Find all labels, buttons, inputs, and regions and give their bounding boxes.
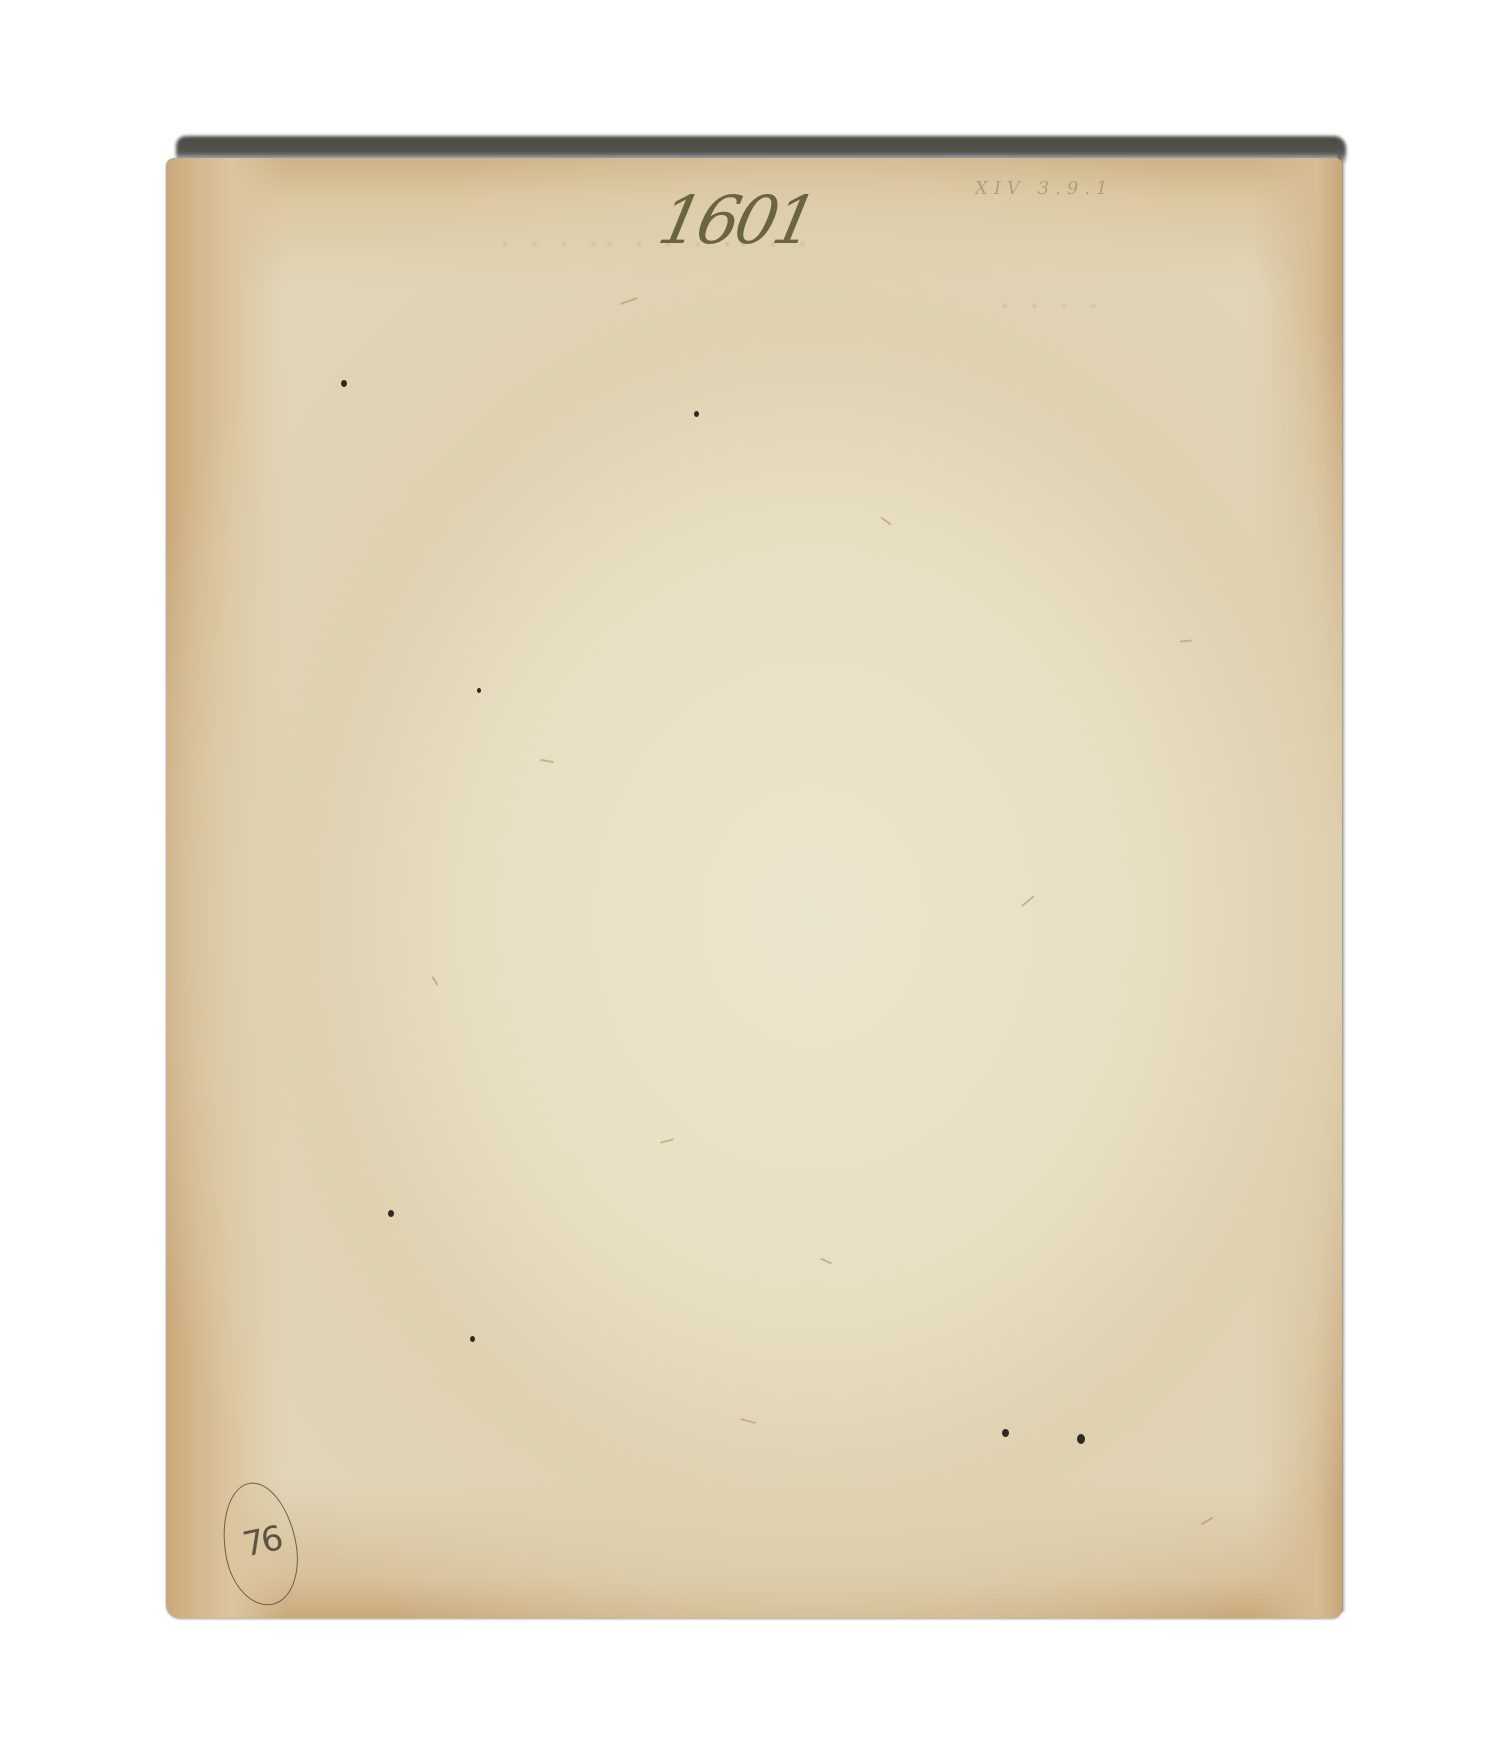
bleed-through-text: · · · · <box>1000 290 1104 324</box>
foxing-spot <box>470 1336 475 1342</box>
foxing-spot <box>477 688 481 693</box>
foxing-spot <box>694 411 699 417</box>
handwritten-ink-number: 1601 <box>653 188 819 254</box>
foxing-spot <box>1077 1434 1085 1444</box>
pencil-shelf-mark: XIV 3.9.1 <box>975 178 1113 199</box>
foxing-spot <box>341 380 347 387</box>
circled-pencil-number: 76 <box>239 1519 284 1566</box>
paper-cover <box>166 158 1342 1618</box>
foxing-spot <box>1002 1429 1009 1437</box>
foxing-spot <box>388 1210 394 1217</box>
